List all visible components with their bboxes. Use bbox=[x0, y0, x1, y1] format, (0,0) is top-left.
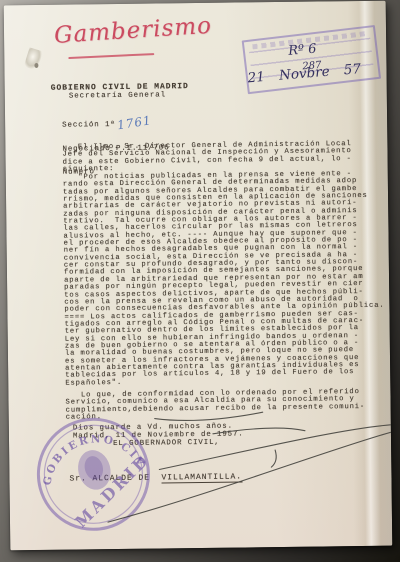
photo-background: Gamberismo Rº 6 287 21 Novbre 57 GOBIERN… bbox=[0, 0, 400, 562]
document-paper: Gamberismo Rº 6 287 21 Novbre 57 GOBIERN… bbox=[4, 1, 393, 551]
quoted-directive-text: "Por noticias publicadas en la prensa se… bbox=[63, 171, 386, 388]
letterhead-section: Sección 1ª bbox=[62, 121, 169, 130]
registry-number-handwritten: Rº 6 bbox=[288, 42, 317, 59]
addressee-name: VILLAMANTILLA. bbox=[161, 472, 242, 483]
intro-paragraph: El Ilmo. Sr. Director General de Adminis… bbox=[62, 141, 351, 174]
handwritten-title-underline bbox=[68, 53, 154, 59]
signature-tick bbox=[271, 450, 276, 467]
paper-speck bbox=[34, 63, 38, 68]
letterhead-department: Secretaría General bbox=[69, 91, 166, 100]
handwritten-title-annotation: Gamberismo bbox=[53, 13, 212, 49]
paper-tear bbox=[24, 47, 43, 70]
